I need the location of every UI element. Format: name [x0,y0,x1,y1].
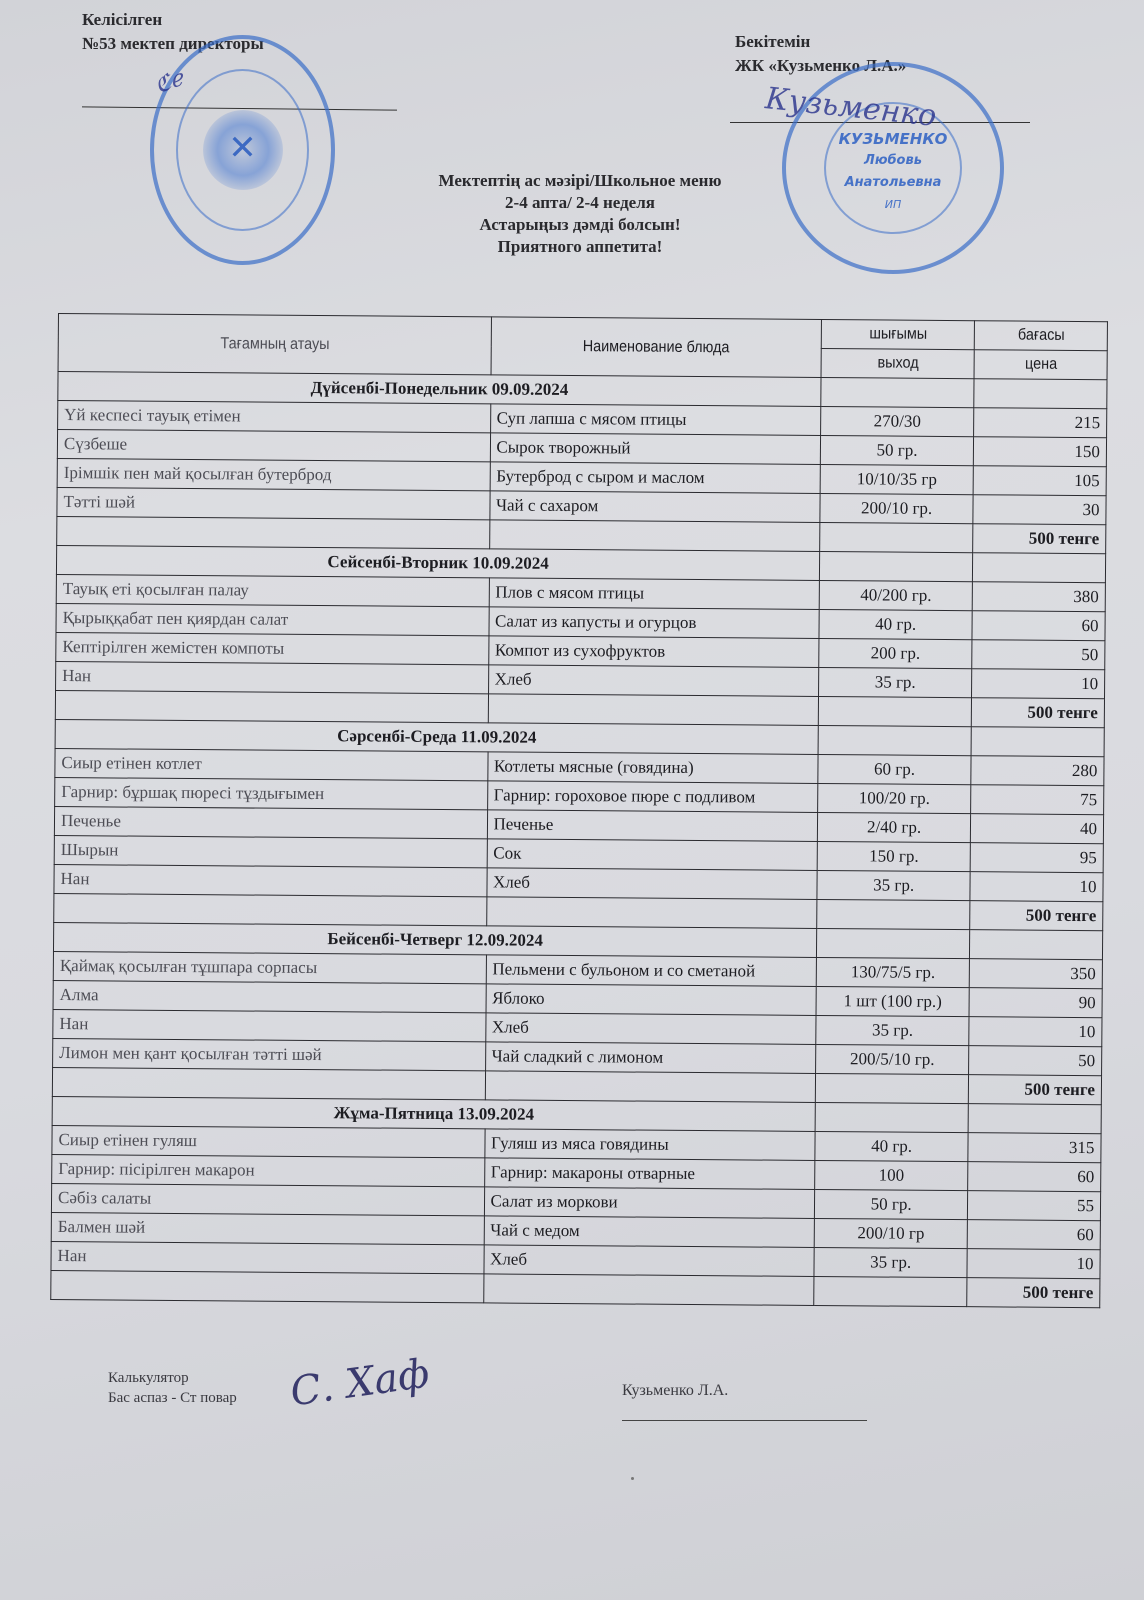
dish-name-ru: Хлеб [486,868,817,900]
dish-price: 350 [969,959,1102,989]
dish-price: 10 [967,1249,1100,1279]
dish-name-ru: Сок [487,839,818,871]
dish-name-ru: Салат из капусты и огурцов [488,607,819,639]
day-total: 500 тенге [973,524,1106,554]
empty-cell [55,690,488,722]
dish-name-kz: Қаймақ қосылған тұшпара сорпасы [53,951,486,983]
dish-name-ru: Яблоко [486,984,817,1016]
dish-output: 50 гр. [821,435,974,465]
dish-price: 60 [967,1220,1100,1250]
dish-price: 55 [967,1191,1100,1221]
empty-cell [818,725,971,755]
dish-name-kz: Сәбіз салаты [51,1183,484,1215]
empty-cell [970,930,1103,960]
dish-name-kz: Кептірілген жемістен компоты [56,632,489,664]
dish-name-ru: Компот из сухофруктов [488,636,819,668]
dish-price: 95 [970,843,1103,873]
dish-price: 315 [968,1133,1101,1163]
dish-name-kz: Сиыр етінен гуляш [52,1125,485,1157]
header-name-ru: Наименование блюда [507,317,805,377]
dish-name-kz: Нан [53,1009,486,1041]
dish-output: 40 гр. [819,609,972,639]
dish-price: 10 [972,669,1105,699]
dish-output: 50 гр. [815,1189,968,1219]
empty-cell [821,377,974,407]
dish-output: 100 [815,1160,968,1190]
day-total: 500 тенге [968,1075,1101,1105]
header-output-ru: выход [829,349,967,379]
dish-name-kz: Ірімшік пен май қосылған бутерброд [57,458,490,490]
dish-output: 2/40 гр. [818,812,971,842]
dish-name-kz: Тәтті шәй [57,487,490,519]
menu-document: Келісілген №53 мектеп директоры ℭℯ Бекіт… [0,0,1144,1600]
empty-cell [974,379,1107,409]
menu-table: Тағамның атауы Наименование блюда шығымы… [50,313,1108,1308]
wish-ru: Приятного аппетита! [380,236,780,258]
dish-name-kz: Алма [53,980,486,1012]
dish-price: 50 [972,640,1105,670]
menu-title: Мектептің ас мәзірі/Школьное меню [380,170,780,192]
dish-name-ru: Чай с медом [484,1216,815,1248]
empty-cell [817,899,970,929]
dish-name-ru: Салат из моркови [484,1187,815,1219]
footer-role-chef: Бас аспаз - Ст повар [108,1388,237,1408]
dish-price: 90 [969,988,1102,1018]
dish-name-ru: Плов с мясом птицы [489,578,820,610]
header-price-ru: цена [981,350,1101,380]
empty-cell [814,1276,967,1306]
paper-speck [631,1477,634,1480]
dish-output: 40 гр. [815,1131,968,1161]
dish-output: 60 гр. [818,754,971,784]
dish-name-kz: Тауық еті қосылған палау [56,574,489,606]
dish-output: 1 шт (100 гр.) [816,986,969,1016]
dish-output: 100/20 гр. [818,783,971,813]
empty-cell [815,1102,968,1132]
dish-name-kz: Нан [54,864,487,896]
header-price-kz: бағасы [981,321,1101,351]
dish-price: 150 [973,437,1106,467]
header-name-kz: Тағамның атауы [80,314,470,375]
header-output-kz: шығымы [829,320,967,350]
dish-output: 200/5/10 гр. [816,1044,969,1074]
dish-name-ru: Сырок творожный [490,433,821,465]
dish-name-kz: Нан [51,1241,484,1273]
empty-cell [488,694,819,726]
dish-price: 40 [970,814,1103,844]
dish-name-ru: Хлеб [483,1245,814,1277]
dish-name-kz: Шырын [54,835,487,867]
empty-cell [486,897,817,929]
chef-signature: С. Хаф [287,1351,432,1416]
dish-price: 30 [973,495,1106,525]
dish-name-kz: Гарнир: бұршақ пюресі тұздығымен [55,777,488,809]
empty-cell [968,1104,1101,1134]
dish-price: 105 [973,466,1106,496]
dish-name-ru: Суп лапша с мясом птицы [490,404,821,436]
footer-roles: Калькулятор Бас аспаз - Ст повар [108,1368,237,1408]
dish-output: 35 гр. [819,667,972,697]
dish-name-ru: Пельмени с бульоном и со сметаной [486,955,817,987]
empty-cell [51,1270,484,1302]
dish-price: 380 [972,582,1105,612]
dish-name-kz: Гарнир: пісірілген макарон [52,1154,485,1186]
dish-name-kz: Үй кеспесі тауық етімен [58,401,491,433]
dish-output: 35 гр. [816,1015,969,1045]
dish-name-kz: Сиыр етінен котлет [55,748,488,780]
dish-output: 200/10 гр. [820,493,973,523]
dish-output: 130/75/5 гр. [816,957,969,987]
empty-cell [817,928,970,958]
empty-cell [816,1073,969,1103]
dish-output: 35 гр. [817,870,970,900]
menu-week: 2-4 апта/ 2-4 неделя [380,192,780,214]
empty-cell [972,553,1105,583]
empty-cell [57,516,490,548]
stamp-surname: КУЗЬМЕНКО [786,128,1000,150]
empty-cell [971,727,1104,757]
dish-price: 60 [972,611,1105,641]
dish-name-kz: Балмен шәй [51,1212,484,1244]
approval-left-title: Келісілген [82,8,264,32]
dish-price: 10 [969,1017,1102,1047]
dish-output: 150 гр. [817,841,970,871]
dish-price: 215 [974,408,1107,438]
dish-price: 75 [971,785,1104,815]
empty-cell [485,1071,816,1103]
dish-output: 200 гр. [819,638,972,668]
dish-name-ru: Гарнир: макароны отварные [484,1158,815,1190]
empty-cell [489,520,820,552]
stamp-type: ИП [786,194,1000,216]
dish-price: 280 [971,756,1104,786]
footer-name: Кузьменко Л.А. [622,1382,728,1400]
dish-price: 50 [969,1046,1102,1076]
day-total: 500 тенге [971,698,1104,728]
document-heading: Мектептің ас мәзірі/Школьное меню 2-4 ап… [380,170,780,258]
empty-cell [820,551,973,581]
stamp-first-name: Любовь [786,150,1000,172]
dish-name-ru: Хлеб [488,665,819,697]
dish-name-kz: Нан [56,661,489,693]
menu-table-body: Дүйсенбі-Понедельник 09.09.2024Үй кеспес… [51,372,1107,1308]
dish-output: 10/10/35 гр [820,464,973,494]
wish-kz: Астарыңыз дәмді болсын! [380,214,780,236]
empty-cell [818,696,971,726]
dish-price: 60 [968,1162,1101,1192]
dish-output: 270/30 [821,406,974,436]
approval-right-title: Бекітемін [735,30,906,54]
day-total: 500 тенге [967,1278,1100,1308]
empty-cell [52,1067,485,1099]
dish-name-ru: Гуляш из мяса говядины [484,1129,815,1161]
empty-cell [54,893,487,925]
footer-role-calculator: Калькулятор [108,1368,237,1388]
stamp-text: КУЗЬМЕНКО Любовь Анатольевна ИП [786,128,1000,216]
day-total: 500 тенге [970,901,1103,931]
dish-name-kz: Печенье [54,806,487,838]
dish-name-kz: Лимон мен қант қосылған тәтті шәй [53,1038,486,1070]
dish-output: 200/10 гр [814,1218,967,1248]
dish-output: 35 гр. [814,1247,967,1277]
dish-name-ru: Котлеты мясные (говядина) [487,752,818,784]
state-emblem-icon [203,110,283,190]
dish-name-kz: Қырыққабат пен қиярдан салат [56,603,489,635]
dish-name-ru: Бутерброд с сыром и маслом [490,462,821,494]
dish-name-kz: Сүзбеше [57,430,490,462]
empty-cell [483,1274,814,1306]
dish-name-ru: Хлеб [485,1013,816,1045]
dish-price: 10 [970,872,1103,902]
dish-name-ru: Чай сладкий с лимоном [485,1042,816,1074]
dish-output: 40/200 гр. [819,580,972,610]
stamp-patronymic: Анатольевна [786,172,1000,194]
dish-name-ru: Гарнир: гороховое пюре с подливом [487,781,818,813]
dish-name-ru: Печенье [487,810,818,842]
footer-signature-line [622,1420,867,1421]
dish-name-ru: Чай с сахаром [489,491,820,523]
empty-cell [820,522,973,552]
